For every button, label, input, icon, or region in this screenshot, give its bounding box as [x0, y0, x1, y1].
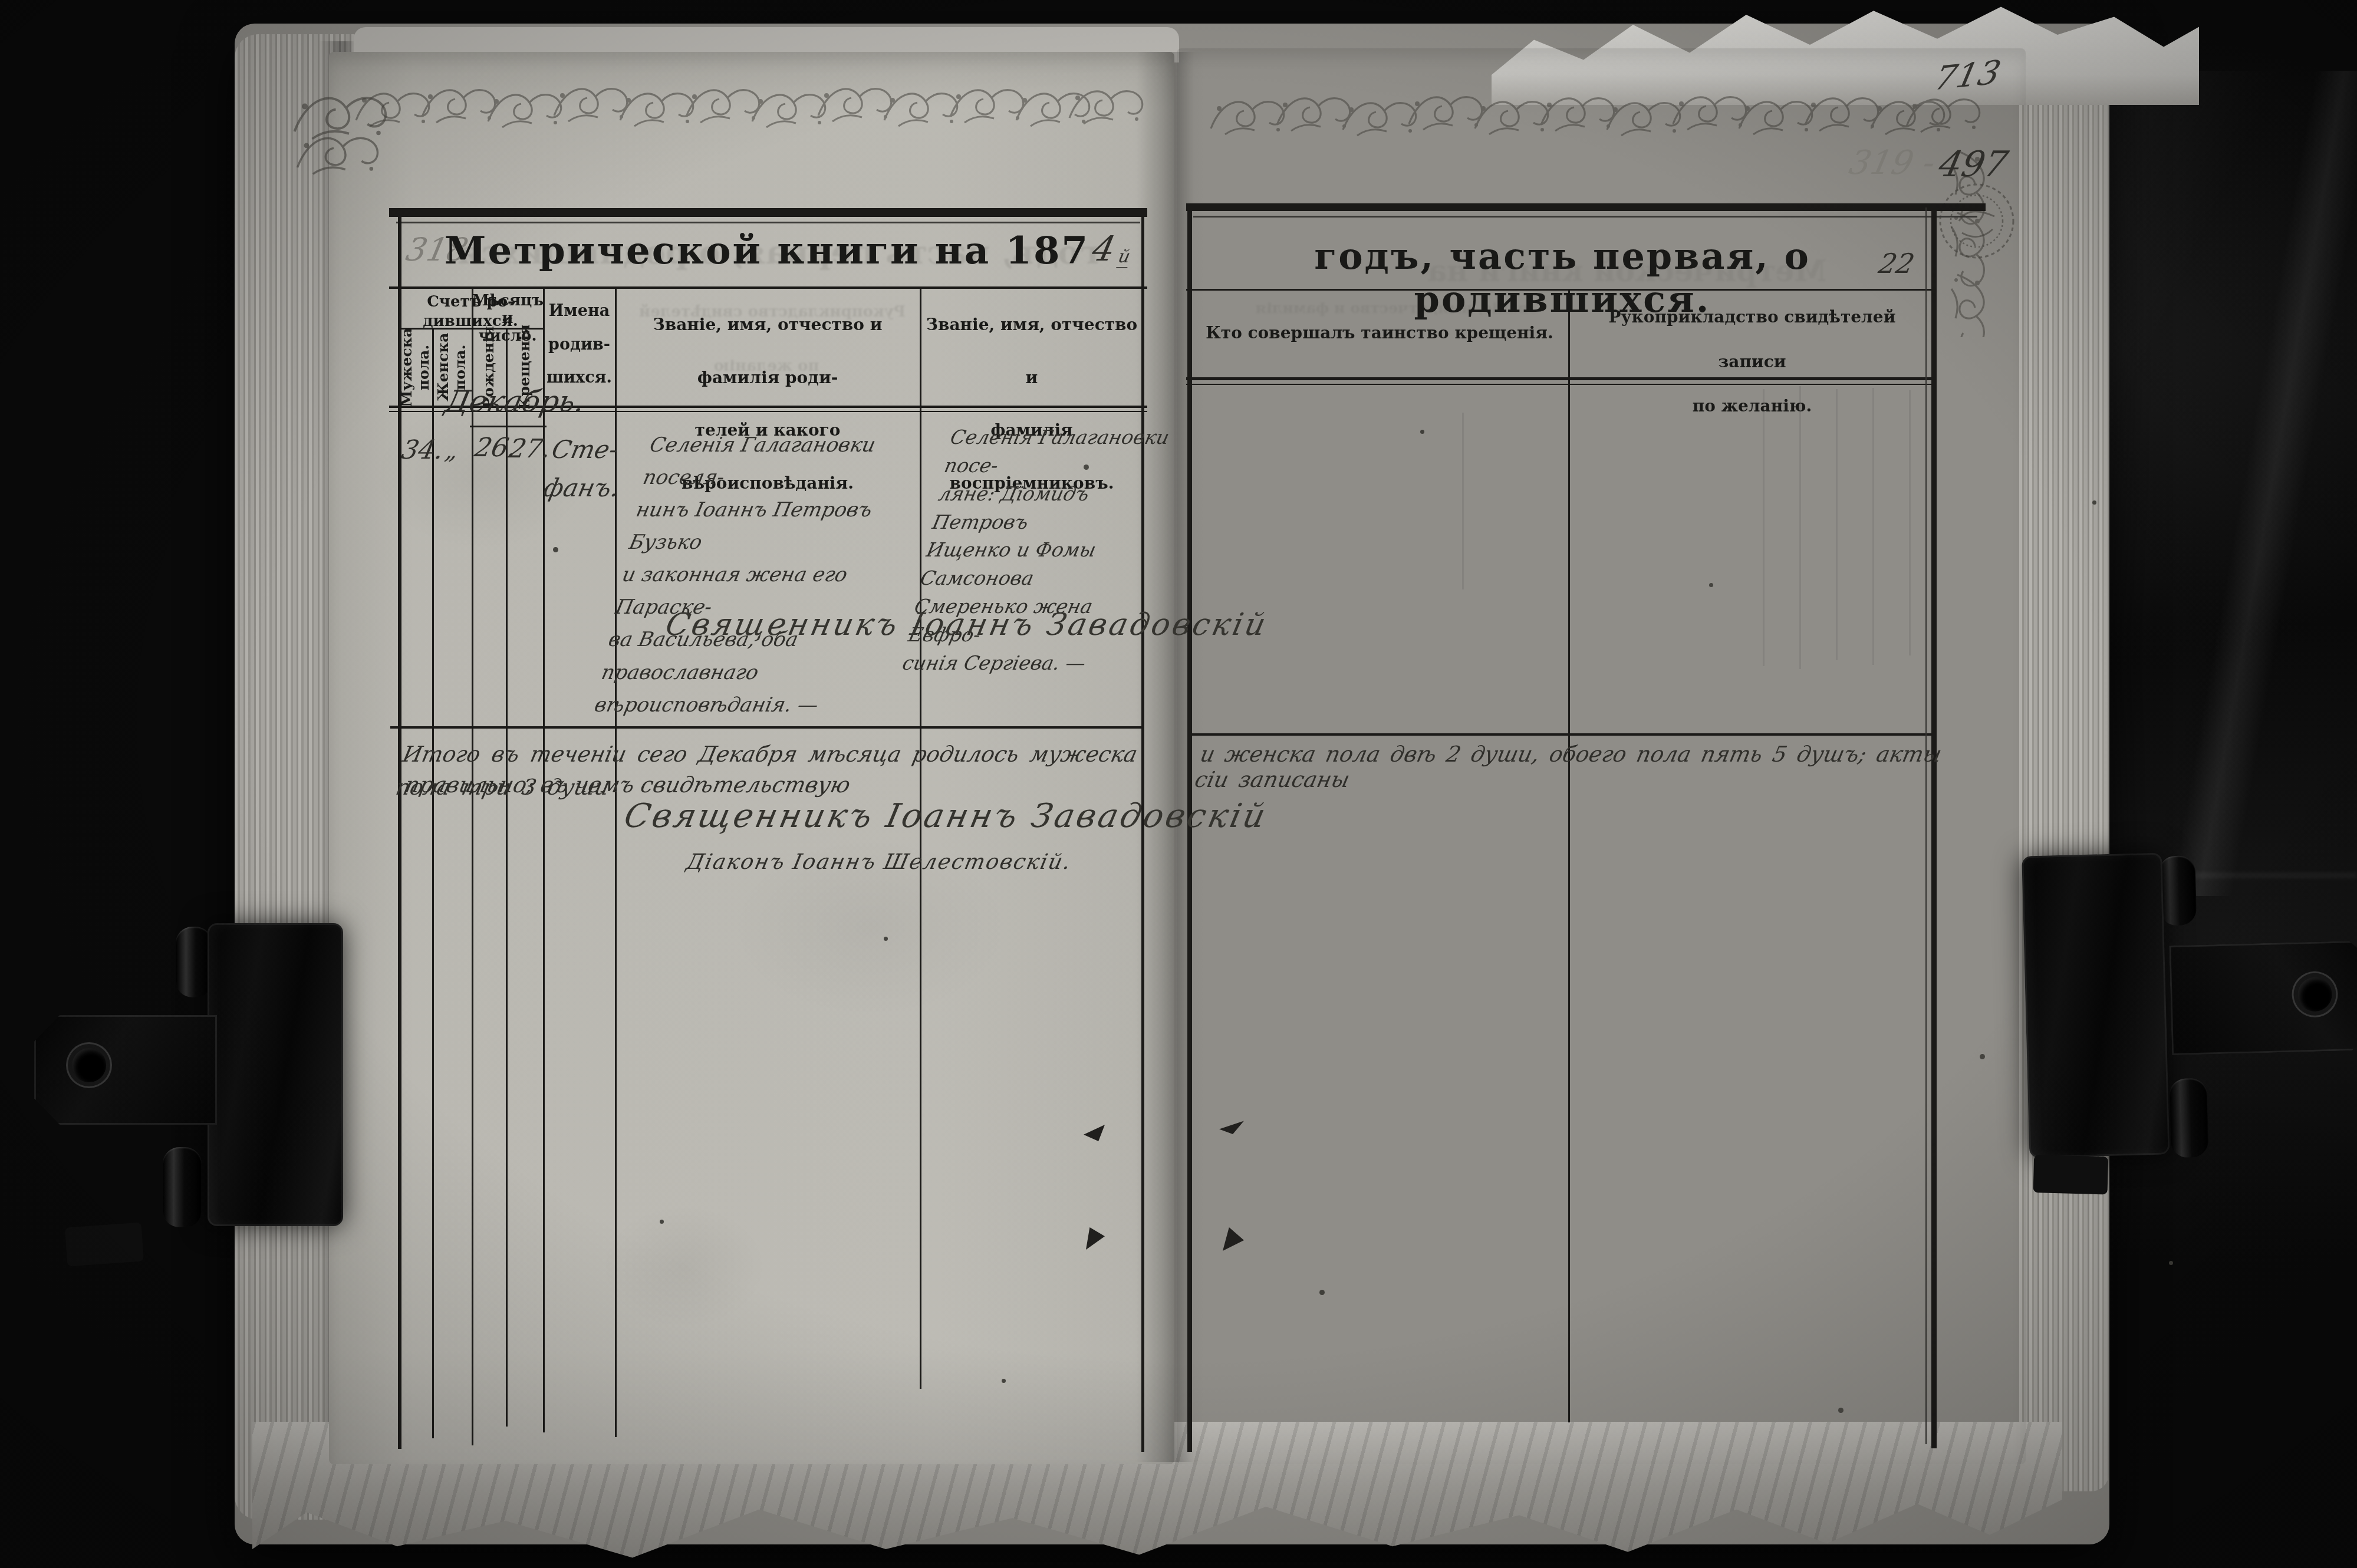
right-page-edges — [2019, 47, 2109, 1491]
archival-number-ink: 497 — [1935, 144, 2011, 185]
entry-month: Декабрь. — [442, 384, 588, 419]
header-witnesses: Рукоприкладство свидѣтелей записи по жел… — [1575, 295, 1929, 429]
corner-medallion-stamp — [1933, 177, 2021, 265]
table-rule — [432, 328, 434, 1438]
right-clip-plate — [2022, 853, 2170, 1158]
right-title-inner-line — [1193, 216, 1977, 218]
month-underline — [470, 426, 547, 427]
entry-clergy-signature: Священникъ Іоаннъ Завадовскій — [663, 607, 1271, 643]
left-title-inner-line — [396, 222, 1140, 223]
bleed-column-line — [1462, 413, 1464, 589]
right-clip-bottom-arm — [2169, 1078, 2208, 1158]
left-clip-hole — [72, 1048, 106, 1082]
left-clip-leg — [65, 1223, 144, 1267]
background-leather — [2087, 71, 2357, 896]
header-count-male: Мужеска пола. — [399, 330, 432, 404]
table-rule — [506, 328, 508, 1427]
left-summary-rule — [390, 726, 1144, 729]
header-names: Имена родив- шихся. — [544, 295, 615, 395]
left-page-title: Метрической книги на 187 4 й — [436, 229, 1138, 273]
summary-line2: правильно; въ чемъ свидѣтельствую — [403, 772, 939, 798]
archival-number-pencil: 319 - — [1846, 144, 1938, 182]
summary-priest-signature: Священникъ Іоаннъ Завадовскій — [621, 797, 1271, 835]
left-clip-tongue — [34, 1015, 217, 1125]
left-clip-top-arm — [176, 927, 212, 997]
entry-baptism-day: 27. — [506, 434, 554, 464]
bleed-column-line — [1872, 388, 1874, 665]
table-rule — [1568, 291, 1570, 1422]
header-officiant: Кто совершалъ таинство крещенія. — [1197, 323, 1562, 342]
bleed-column-line — [1836, 389, 1838, 660]
summary-continuation: и женска пола двѣ 2 души, обоего пола пя… — [1193, 742, 1946, 792]
right-summary-rule — [1187, 733, 1935, 736]
bleed-column-line — [1909, 390, 1911, 655]
archival-numbers: 319 - 497 — [1850, 144, 2007, 185]
right-clip-leg — [2033, 1155, 2109, 1194]
corner-number-handwritten: 713 — [1931, 54, 2004, 98]
right-clip-top-arm — [2158, 855, 2197, 926]
left-ornament-strip — [354, 79, 1147, 145]
left-ornament-cluster — [290, 81, 390, 193]
bleed-column-line — [1799, 386, 1801, 669]
left-title-year-digit: 4 — [1089, 229, 1119, 269]
paper-specks — [354, 53, 357, 56]
left-header-top-rule — [389, 286, 1147, 289]
left-title-printed: Метрической книги на 187 — [445, 229, 1089, 273]
left-clip-plate — [208, 923, 343, 1226]
bleed-column-line — [1763, 389, 1765, 666]
photo-of-metrical-book: годъ, часть первая, о родившихся Метриче… — [0, 0, 2357, 1568]
summary-deacon-signature: Діаконъ Іоаннъ Шелестовскій. — [684, 850, 1074, 874]
left-title-top-bar — [389, 208, 1147, 217]
right-page-number-ink: 22 — [1876, 248, 1917, 279]
entry-parents-text: Селенія Галагановки поселя- нинъ Іоаннъ … — [591, 429, 951, 722]
entry-male-number: 34. — [399, 435, 447, 465]
table-rule — [1931, 203, 1937, 1448]
left-clip-bottom-arm — [163, 1147, 202, 1227]
right-title-top-bar — [1186, 203, 1986, 211]
left-title-year-suffix: й — [1116, 246, 1132, 268]
